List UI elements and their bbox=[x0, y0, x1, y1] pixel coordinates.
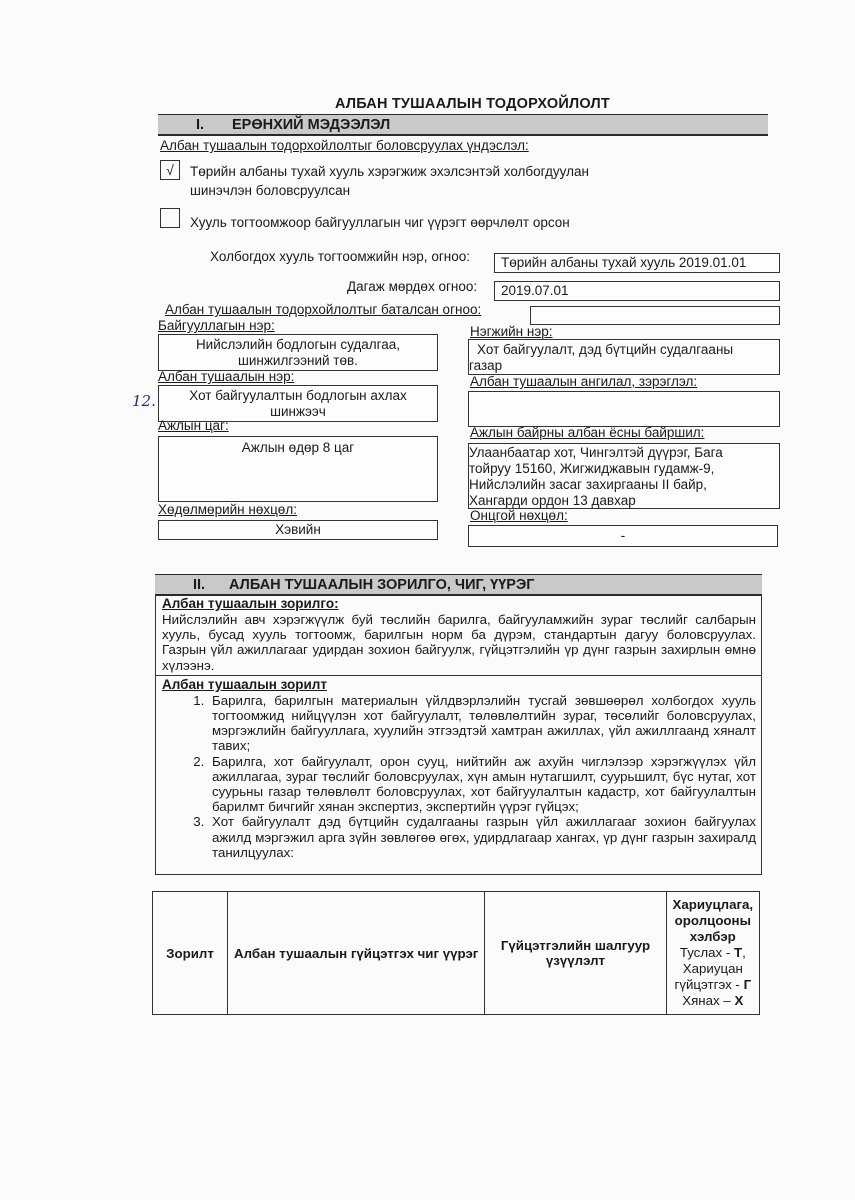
work-hours-value: Ажлын өдөр 8 цаг bbox=[242, 440, 354, 455]
perform-label: Хариуцан гүйцэтгэх - bbox=[674, 961, 743, 992]
effective-date-field[interactable]: 2019.07.01 bbox=[494, 281, 780, 301]
responsibility-supervise: Хянах – Х bbox=[671, 993, 755, 1009]
special-cond-field[interactable]: - bbox=[468, 525, 778, 547]
purpose-container: Албан тушаалын зорилго: Нийслэлийн авч х… bbox=[155, 595, 762, 875]
purpose-block: Албан тушаалын зорилго: Нийслэлийн авч х… bbox=[156, 595, 761, 676]
section-1-header: I. ЕРӨНХИЙ МЭДЭЭЛЭЛ bbox=[158, 114, 768, 136]
responsibility-perform: Хариуцан гүйцэтгэх - Г bbox=[671, 961, 755, 993]
workplace-field[interactable]: Улаанбаатар хот, Чингэлтэй дүүрэг, Бага … bbox=[468, 443, 780, 509]
position-name-label: Албан тушаалын нэр: bbox=[158, 369, 294, 384]
org-name-line2: шинжилгээний төв. bbox=[159, 353, 437, 369]
col-header-duties: Албан тушаалын гүйцэтгэх чиг үүрэг bbox=[228, 892, 485, 1015]
supervise-label: Хянах – bbox=[682, 993, 734, 1008]
workplace-line1: Улаанбаатар хот, Чингэлтэй дүүрэг, Бага bbox=[469, 445, 779, 461]
approved-date-field[interactable] bbox=[530, 306, 780, 325]
unit-name-line1: Хот байгуулалт, дэд бүтцийн судалгааны bbox=[469, 342, 779, 358]
effective-date-label: Дагаж мөрдөх огноо: bbox=[347, 279, 477, 294]
objective-item: Барилга, барилгын материалын үйлдвэрлэли… bbox=[208, 693, 756, 754]
position-name-field[interactable]: Хот байгуулалтын бодлогын ахлах шинжээч bbox=[158, 385, 438, 422]
workplace-line2: тойруу 15160, Жигжиджавын гудамж-9, bbox=[469, 461, 779, 477]
org-name-field[interactable]: Нийслэлийн бодлогын судалгаа, шинжилгээн… bbox=[158, 334, 438, 371]
objective-item: Хот байгуулалт дэд бүтцийн судалгааны га… bbox=[208, 814, 756, 860]
duties-table: Зорилт Албан тушаалын гүйцэтгэх чиг үүрэ… bbox=[152, 891, 760, 1015]
special-cond-label: Онцгой нөхцөл: bbox=[470, 508, 568, 523]
related-law-label: Холбогдох хууль тогтоомжийн нэр, огноо: bbox=[210, 249, 470, 264]
objectives-label: Албан тушаалын зорилт bbox=[162, 677, 756, 693]
work-hours-field[interactable]: Ажлын өдөр 8 цаг bbox=[158, 436, 438, 502]
col-header-objective: Зорилт bbox=[153, 892, 228, 1015]
related-law-field[interactable]: Төрийн албаны тухай хууль 2019.01.01 bbox=[494, 253, 780, 273]
perform-code: Г bbox=[744, 977, 752, 992]
org-name-label: Байгууллагын нэр: bbox=[158, 318, 275, 333]
workplace-line3: Нийслэлийн засаг захиргааны II байр, bbox=[469, 477, 779, 493]
effective-date-value: 2019.07.01 bbox=[501, 283, 569, 298]
section-2-header: II. АЛБАН ТУШААЛЫН ЗОРИЛГО, ЧИГ, ҮҮРЭГ bbox=[155, 574, 762, 596]
checkbox-function-change[interactable] bbox=[160, 208, 180, 228]
option-new-law-line1: Төрийн албаны тухай хууль хэрэгжиж эхэлс… bbox=[190, 164, 589, 179]
col-header-responsibility: Хариуцлага, оролцооны хэлбэр Туслах - Т,… bbox=[666, 892, 759, 1015]
responsibility-assist: Туслах - Т, bbox=[671, 945, 755, 961]
purpose-label: Албан тушаалын зорилго: bbox=[162, 596, 756, 612]
related-law-value: Төрийн албаны тухай хууль 2019.01.01 bbox=[501, 255, 746, 270]
approved-date-label: Албан тушаалын тодорхойлолтыг баталсан о… bbox=[165, 302, 481, 317]
position-class-label: Албан тушаалын ангилал, зэрэглэл: bbox=[470, 374, 697, 389]
section-2-number: II. bbox=[155, 577, 229, 593]
objective-item: Барилга, хот байгуулалт, орон сууц, нийт… bbox=[208, 754, 756, 815]
col-header-criteria: Гүйцэтгэлийн шалгуур үзүүлэлт bbox=[485, 892, 666, 1015]
supervise-code: Х bbox=[734, 993, 743, 1008]
section-1-heading: ЕРӨНХИЙ МЭДЭЭЛЭЛ bbox=[232, 117, 390, 133]
basis-label: Албан тушаалын тодорхойлолтыг боловсруул… bbox=[160, 138, 529, 153]
section-2-heading: АЛБАН ТУШААЛЫН ЗОРИЛГО, ЧИГ, ҮҮРЭГ bbox=[229, 577, 535, 593]
work-hours-label: Ажлын цаг: bbox=[158, 418, 229, 433]
section-1-number: I. bbox=[158, 117, 232, 133]
labor-cond-label: Хөдөлмөрийн нөхцөл: bbox=[158, 502, 297, 517]
unit-name-label: Нэгжийн нэр: bbox=[470, 324, 552, 339]
responsibility-title: Хариуцлага, оролцооны хэлбэр bbox=[671, 897, 755, 945]
handwritten-number: 12. bbox=[132, 392, 156, 410]
workplace-line4: Хангарди ордон 13 давхар bbox=[469, 493, 779, 509]
unit-name-field[interactable]: Хот байгуулалт, дэд бүтцийн судалгааны г… bbox=[468, 339, 780, 375]
option-function-change: Хууль тогтоомжоор байгууллагын чиг үүрэг… bbox=[190, 215, 570, 230]
labor-cond-field[interactable]: Хэвийн bbox=[158, 520, 438, 540]
special-cond-value: - bbox=[621, 528, 626, 543]
purpose-text: Нийслэлийн авч хэрэгжүүлж буй төслийн ба… bbox=[162, 612, 756, 673]
checkbox-new-law[interactable]: √ bbox=[160, 160, 180, 180]
assist-code: Т bbox=[734, 945, 742, 960]
assist-label: Туслах - bbox=[680, 945, 734, 960]
org-name-line1: Нийслэлийн бодлогын судалгаа, bbox=[159, 337, 437, 353]
document-title: АЛБАН ТУШААЛЫН ТОДОРХОЙЛОЛТ bbox=[335, 96, 610, 112]
position-name-line1: Хот байгуулалтын бодлогын ахлах bbox=[159, 388, 437, 404]
unit-name-line2: газар bbox=[469, 358, 779, 374]
table-header-row: Зорилт Албан тушаалын гүйцэтгэх чиг үүрэ… bbox=[153, 892, 760, 1015]
objectives-block: Албан тушаалын зорилт Барилга, барилгын … bbox=[156, 676, 761, 860]
workplace-label: Ажлын байрны албан ёсны байршил: bbox=[470, 425, 704, 440]
objectives-list: Барилга, барилгын материалын үйлдвэрлэли… bbox=[162, 693, 756, 860]
option-new-law-line2: шинэчлэн боловсруулсан bbox=[190, 183, 350, 198]
labor-cond-value: Хэвийн bbox=[275, 522, 321, 537]
position-class-field[interactable] bbox=[468, 391, 780, 427]
